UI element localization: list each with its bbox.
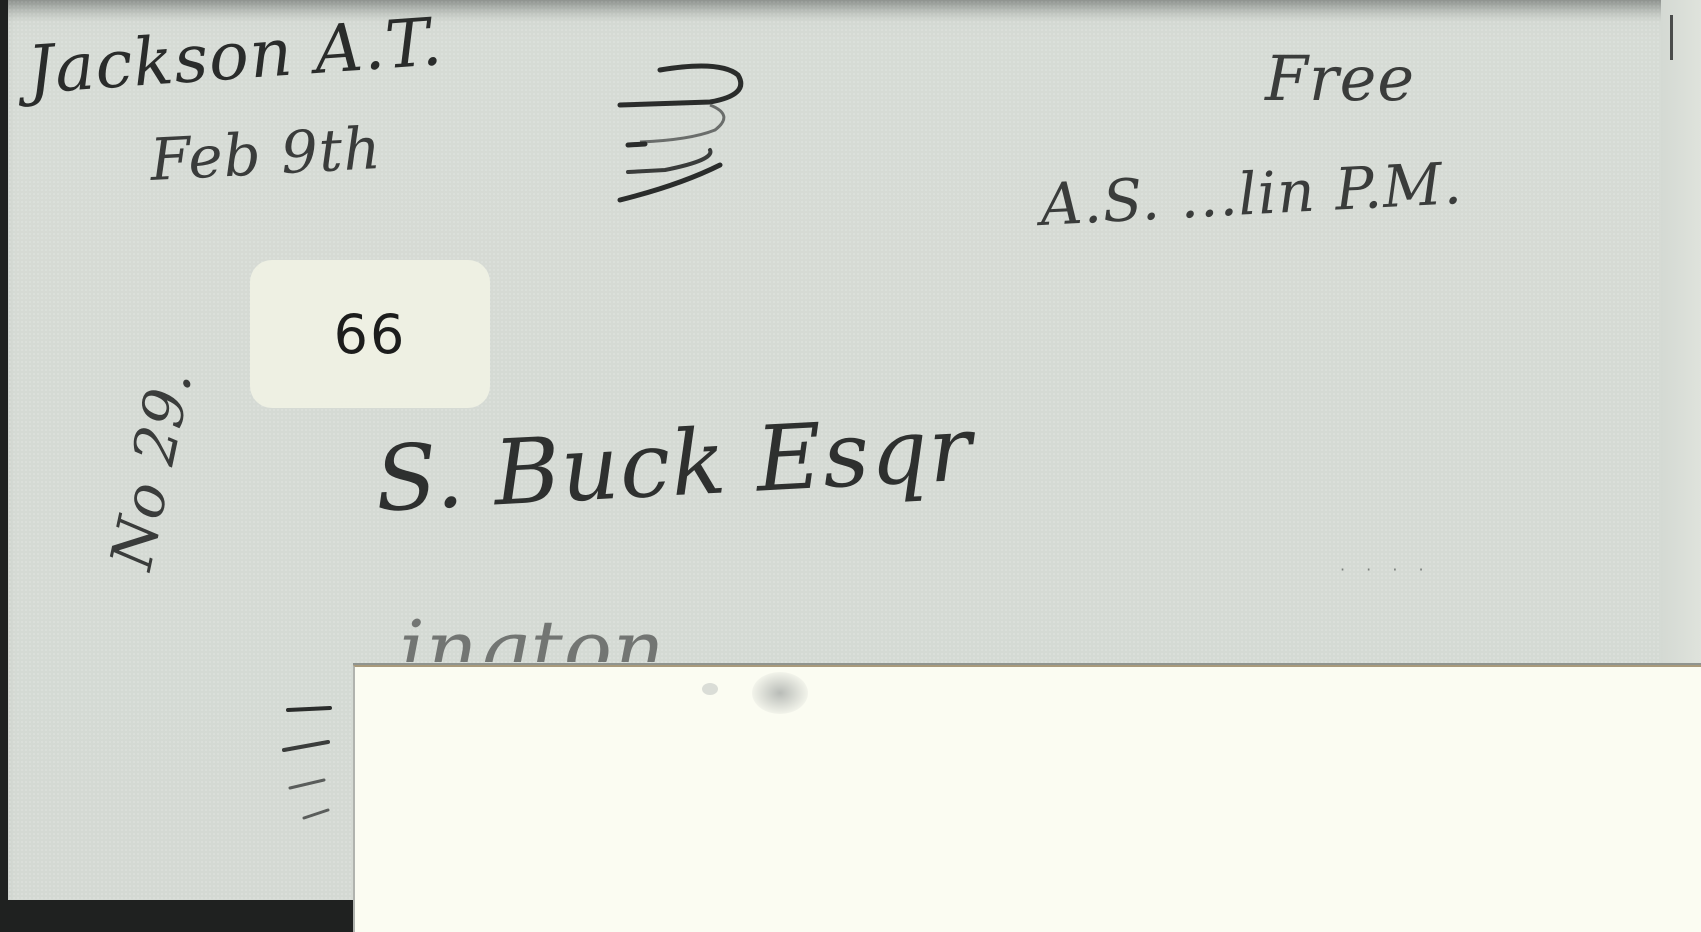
ink-stain-small bbox=[702, 683, 718, 695]
faint-ink-marks: · · · · bbox=[1340, 560, 1432, 579]
ink-stain bbox=[752, 672, 808, 714]
frank-free: Free bbox=[1265, 48, 1415, 110]
cover-photograph: Jackson A.T. Feb 9th Free A.S. ...lin P.… bbox=[0, 0, 1701, 932]
cover-right-edge bbox=[1661, 0, 1701, 665]
rate-marking-icon bbox=[610, 60, 750, 210]
edge-ink-mark bbox=[1670, 15, 1673, 60]
postmark-date: Feb 9th bbox=[149, 119, 383, 189]
lot-number: 66 bbox=[334, 303, 407, 366]
insert-card bbox=[353, 665, 1701, 932]
lot-number-label: 66 bbox=[250, 260, 490, 408]
tick-marks-icon bbox=[280, 700, 340, 830]
